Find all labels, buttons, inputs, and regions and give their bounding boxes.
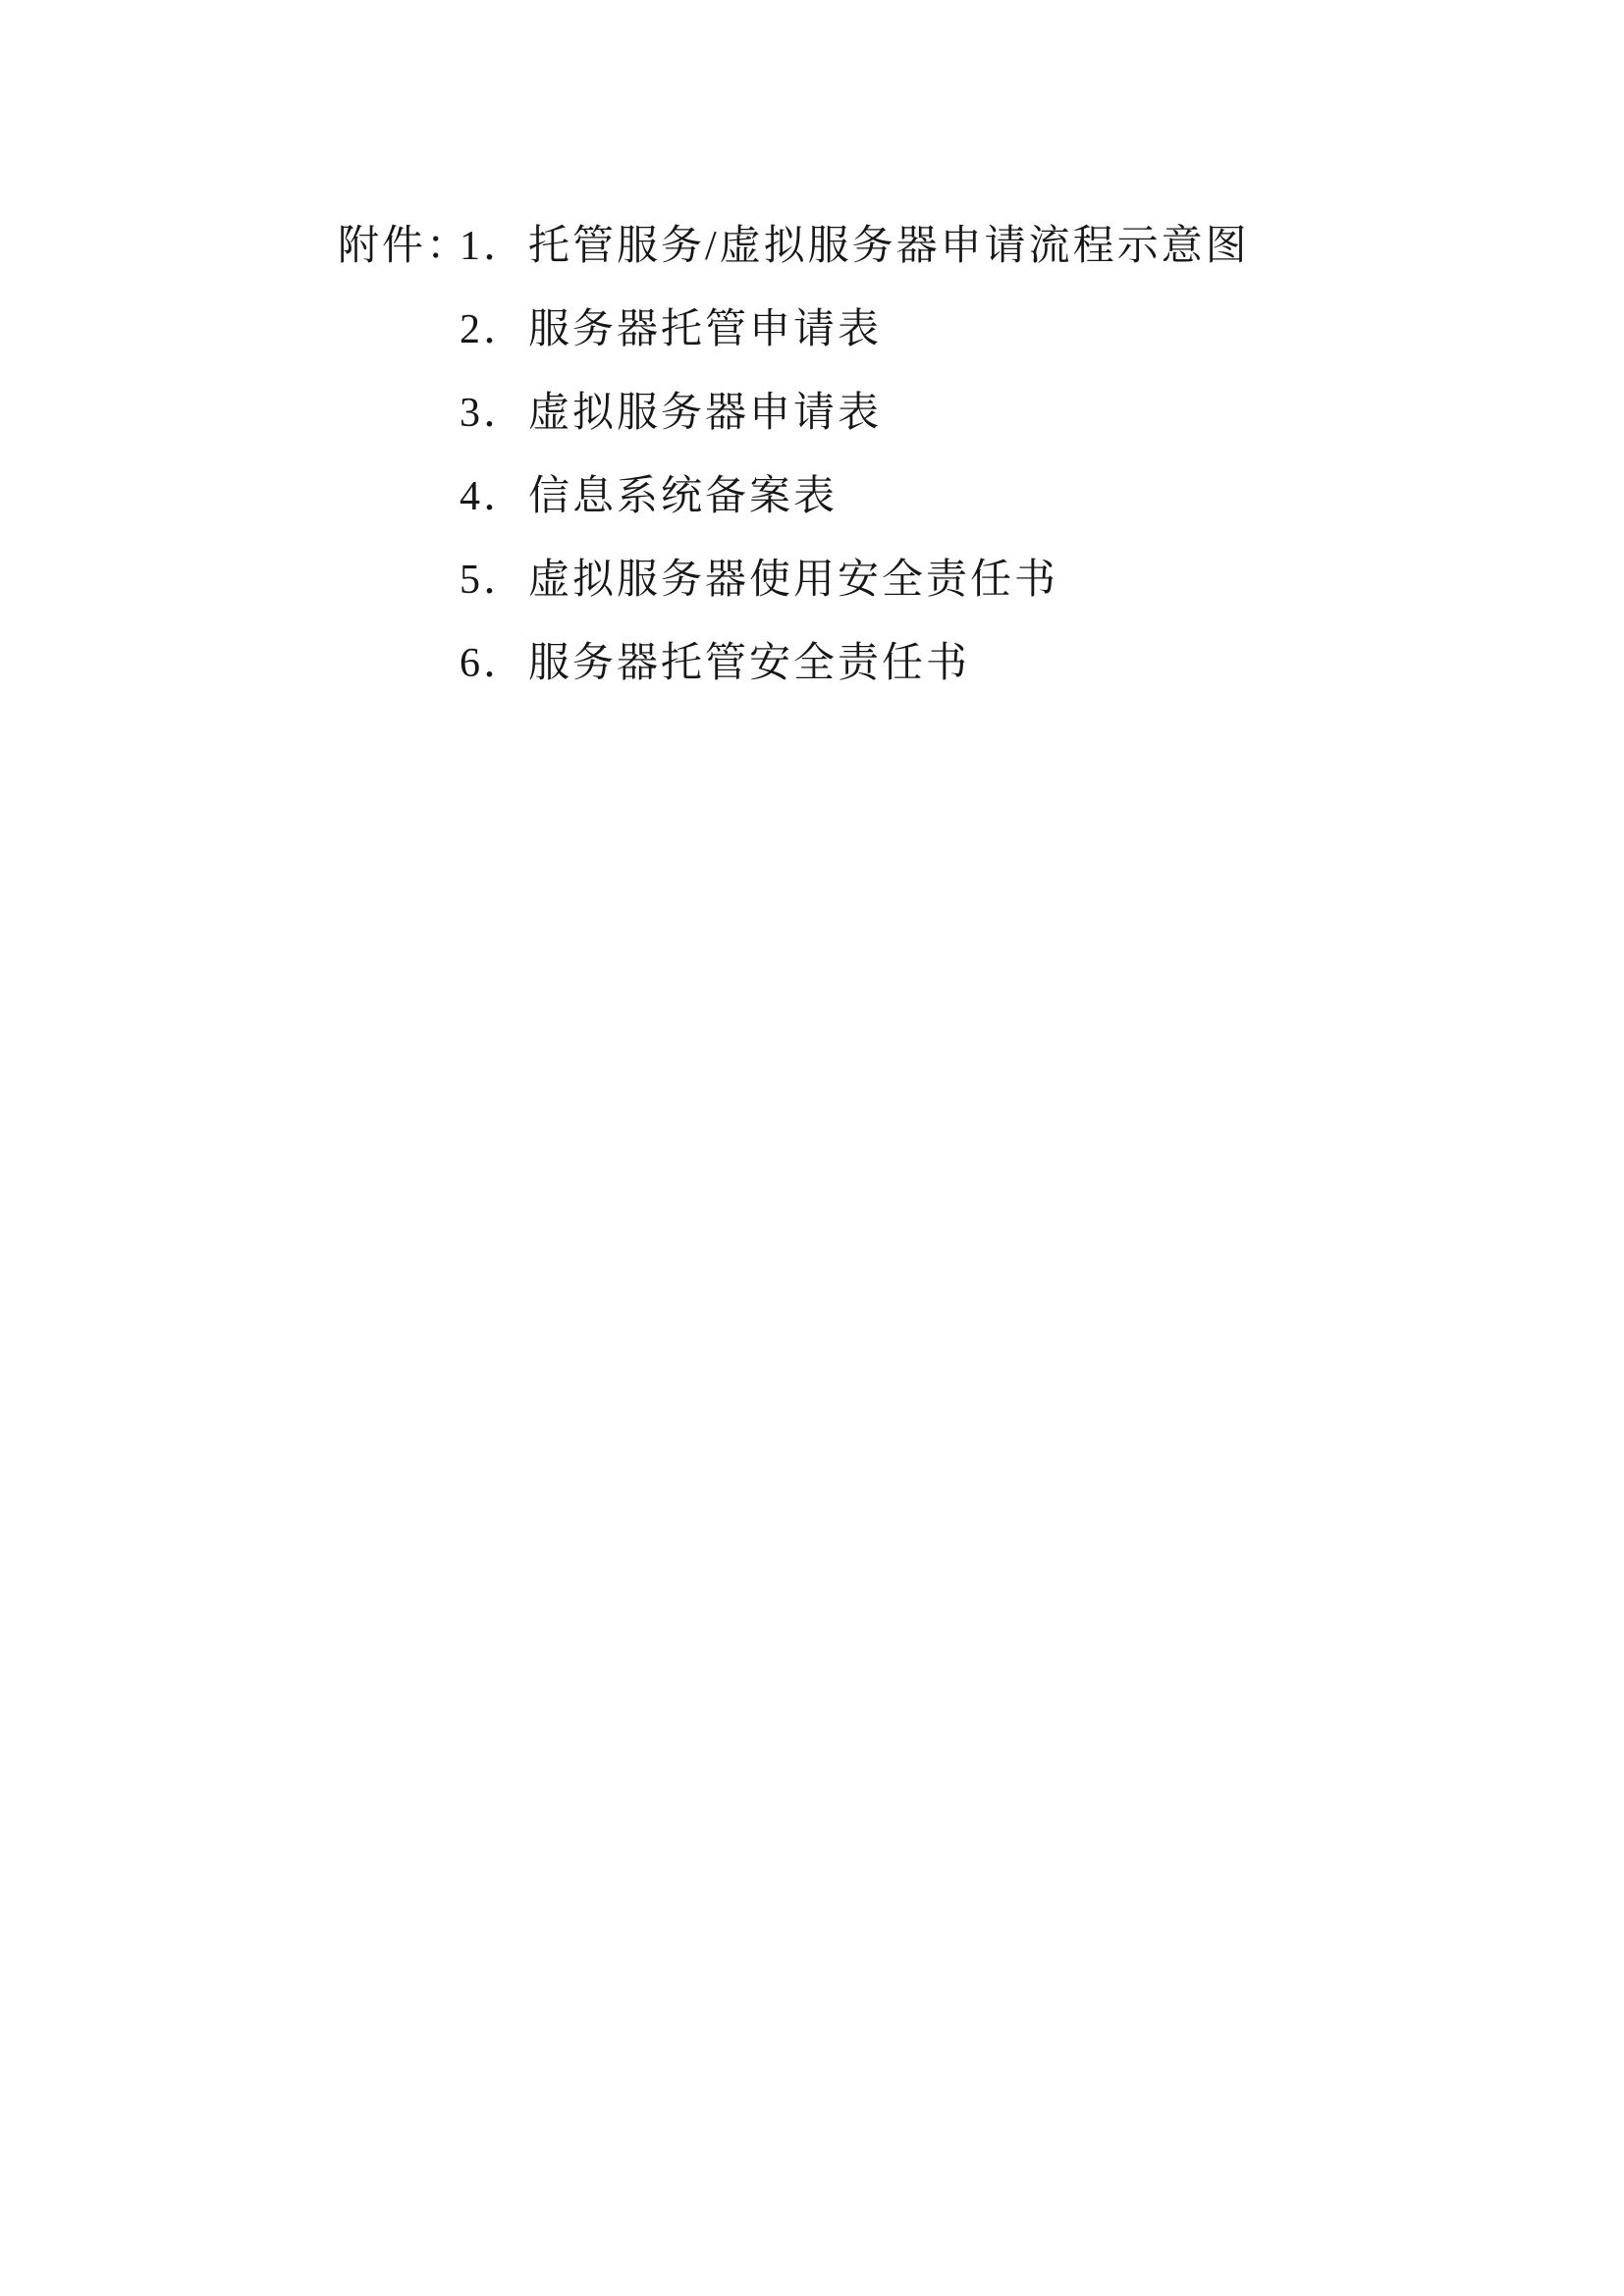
document-page: 附件： 1． 托管服务/虚拟服务器申请流程示意图 2． 服务器托管申请表 3． … bbox=[0, 0, 1624, 2296]
item-text: 信息系统备案表 bbox=[528, 455, 838, 539]
item-number: 3． bbox=[460, 372, 528, 455]
item-number: 1． bbox=[460, 205, 528, 289]
attachment-label: 附件： bbox=[338, 205, 460, 289]
attachment-list: 附件： 1． 托管服务/虚拟服务器申请流程示意图 2． 服务器托管申请表 3． … bbox=[338, 205, 1418, 706]
attachment-line-5: 5． 虚拟服务器使用安全责任书 bbox=[338, 539, 1418, 622]
item-number: 5． bbox=[460, 539, 528, 622]
item-number: 2． bbox=[460, 289, 528, 372]
attachment-line-6: 6． 服务器托管安全责任书 bbox=[338, 622, 1418, 706]
attachment-line-3: 3． 虚拟服务器申请表 bbox=[338, 372, 1418, 455]
attachment-line-4: 4． 信息系统备案表 bbox=[338, 455, 1418, 539]
item-number: 6． bbox=[460, 622, 528, 706]
item-text: 托管服务/虚拟服务器申请流程示意图 bbox=[528, 205, 1250, 289]
item-text: 虚拟服务器申请表 bbox=[528, 372, 882, 455]
attachment-line-1: 附件： 1． 托管服务/虚拟服务器申请流程示意图 bbox=[338, 205, 1418, 289]
item-text: 服务器托管申请表 bbox=[528, 289, 882, 372]
item-text: 虚拟服务器使用安全责任书 bbox=[528, 539, 1058, 622]
item-number: 4． bbox=[460, 455, 528, 539]
item-text: 服务器托管安全责任书 bbox=[528, 622, 970, 706]
attachment-line-2: 2． 服务器托管申请表 bbox=[338, 289, 1418, 372]
